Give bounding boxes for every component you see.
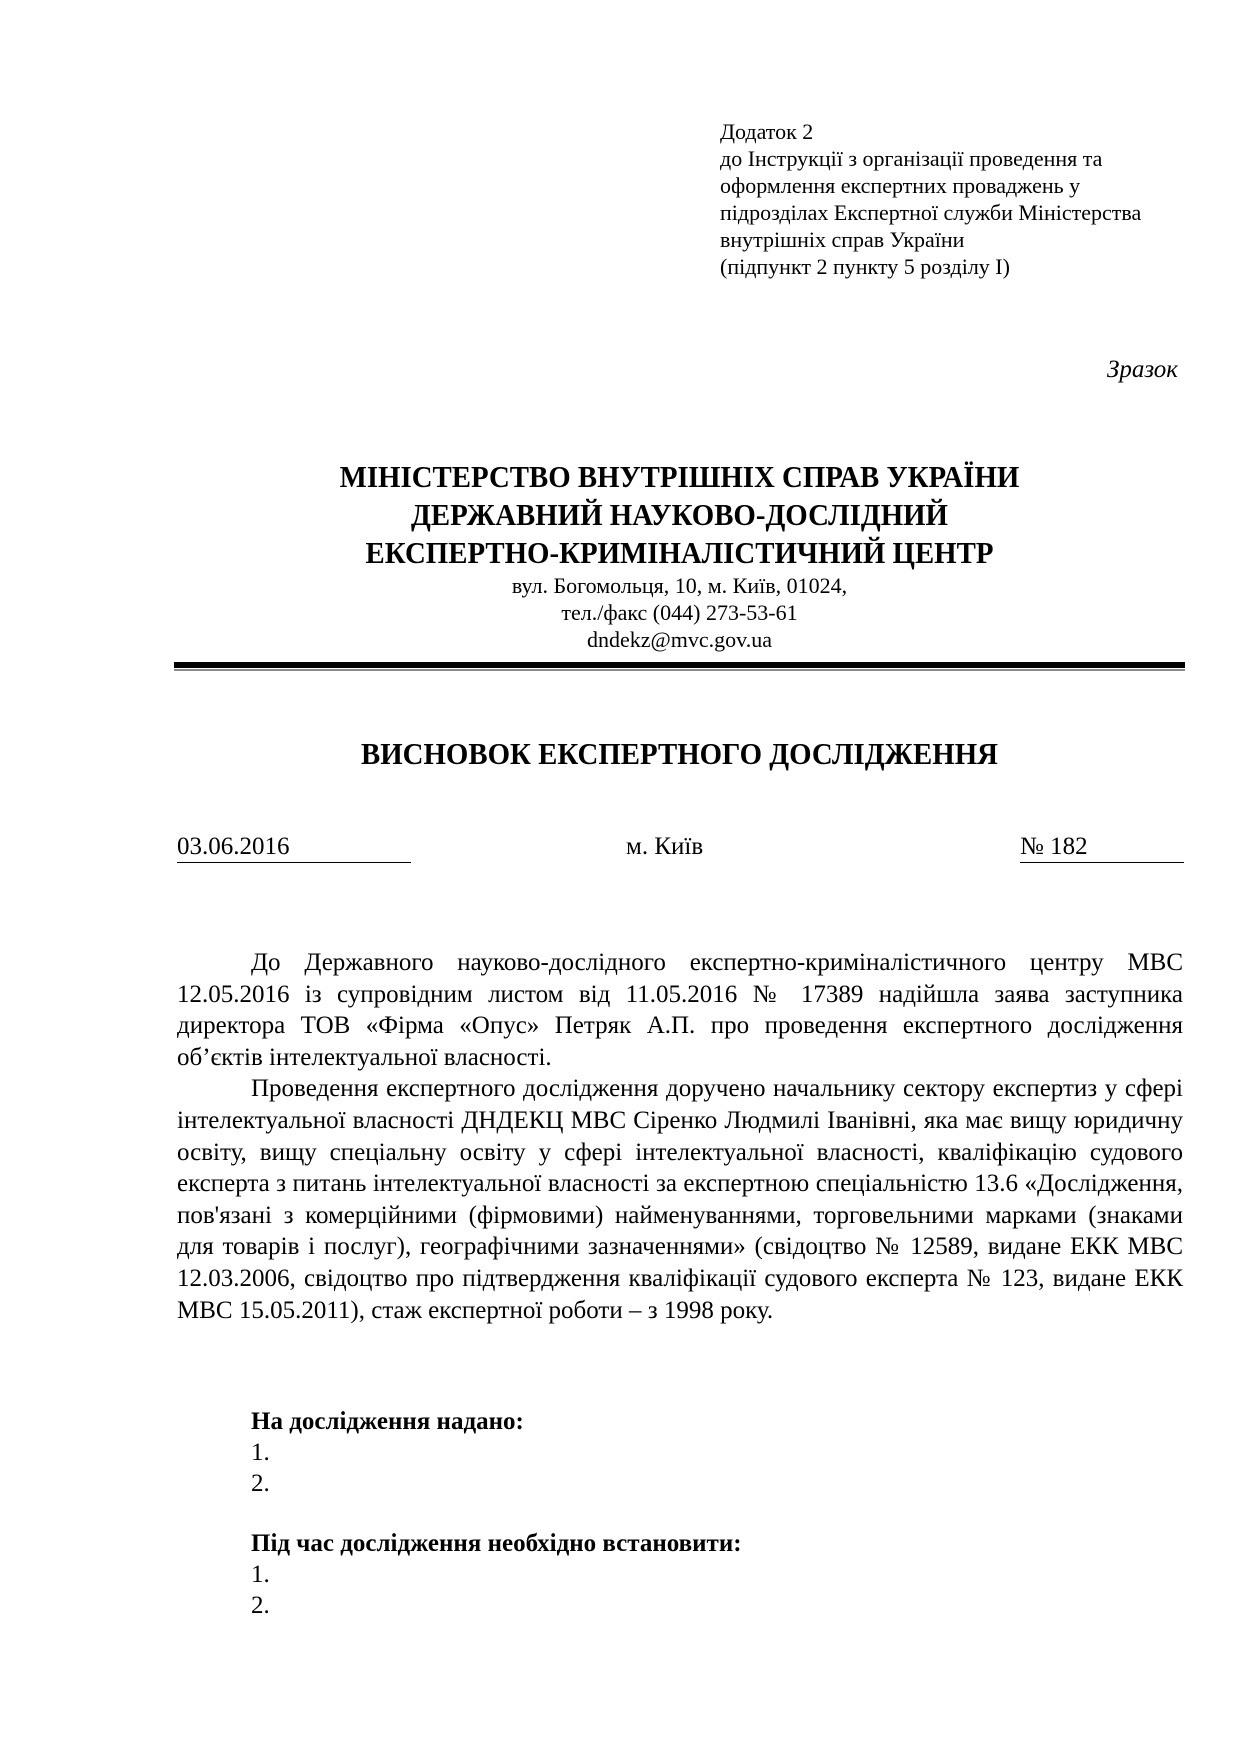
document-city: м. Київ bbox=[626, 832, 703, 862]
document-body: До Державного науково-дослідного експерт… bbox=[177, 947, 1183, 1326]
appendix-line: підрозділах Експертної служби Міністерст… bbox=[720, 199, 1141, 226]
research-questions-section: Під час дослідження необхідно встановити… bbox=[251, 1528, 742, 1621]
org-title-line: ЕКСПЕРТНО-КРИМІНАЛІСТИЧНИЙ ЦЕНТР bbox=[209, 534, 1149, 572]
document-title: ВИСНОВОК ЕКСПЕРТНОГО ДОСЛІДЖЕННЯ bbox=[209, 735, 1149, 773]
appendix-line: внутрішніх справ України bbox=[720, 226, 1141, 253]
appendix-line: оформлення експертних проваджень у bbox=[720, 172, 1141, 199]
section-heading: На дослідження надано: bbox=[251, 1406, 524, 1437]
appendix-line: Додаток 2 bbox=[720, 118, 1141, 145]
provided-materials-section: На дослідження надано: 1. 2. bbox=[251, 1406, 524, 1499]
body-paragraph: До Державного науково-дослідного експерт… bbox=[177, 947, 1183, 1073]
org-address: вул. Богомольця, 10, м. Київ, 01024, bbox=[174, 572, 1185, 599]
section-heading: Під час дослідження необхідно встановити… bbox=[251, 1528, 742, 1559]
appendix-line: до Інструкції з організації проведення т… bbox=[720, 145, 1141, 172]
sample-mark: Зразок bbox=[1107, 356, 1178, 384]
list-item: 1. bbox=[251, 1437, 524, 1468]
document-date: 03.06.2016 bbox=[177, 832, 411, 863]
document-meta: 03.06.2016 м. Київ № 182 bbox=[174, 832, 1185, 866]
list-item: 1. bbox=[251, 1559, 742, 1590]
list-item: 2. bbox=[251, 1590, 742, 1621]
body-paragraph: Проведення експертного дослідження доруч… bbox=[177, 1073, 1183, 1326]
org-phone: тел./факс (044) 273-53-61 bbox=[174, 599, 1185, 626]
org-title-line: ДЕРЖАВНИЙ НАУКОВО-ДОСЛІДНИЙ bbox=[209, 496, 1149, 534]
org-email: dndekz@mvc.gov.ua bbox=[174, 626, 1185, 653]
document-page: Додаток 2 до Інструкції з організації пр… bbox=[0, 0, 1241, 1755]
org-title-line: МІНІСТЕРСТВО ВНУТРІШНІХ СПРАВ УКРАЇНИ bbox=[209, 458, 1149, 496]
header-divider bbox=[174, 662, 1185, 668]
appendix-line: (підпункт 2 пункту 5 розділу І) bbox=[720, 253, 1141, 280]
organization-header: МІНІСТЕРСТВО ВНУТРІШНІХ СПРАВ УКРАЇНИ ДЕ… bbox=[174, 458, 1185, 653]
list-item: 2. bbox=[251, 1468, 524, 1499]
header-divider-shadow bbox=[174, 669, 1185, 671]
appendix-reference: Додаток 2 до Інструкції з організації пр… bbox=[720, 118, 1141, 280]
document-number: № 182 bbox=[1020, 832, 1184, 863]
